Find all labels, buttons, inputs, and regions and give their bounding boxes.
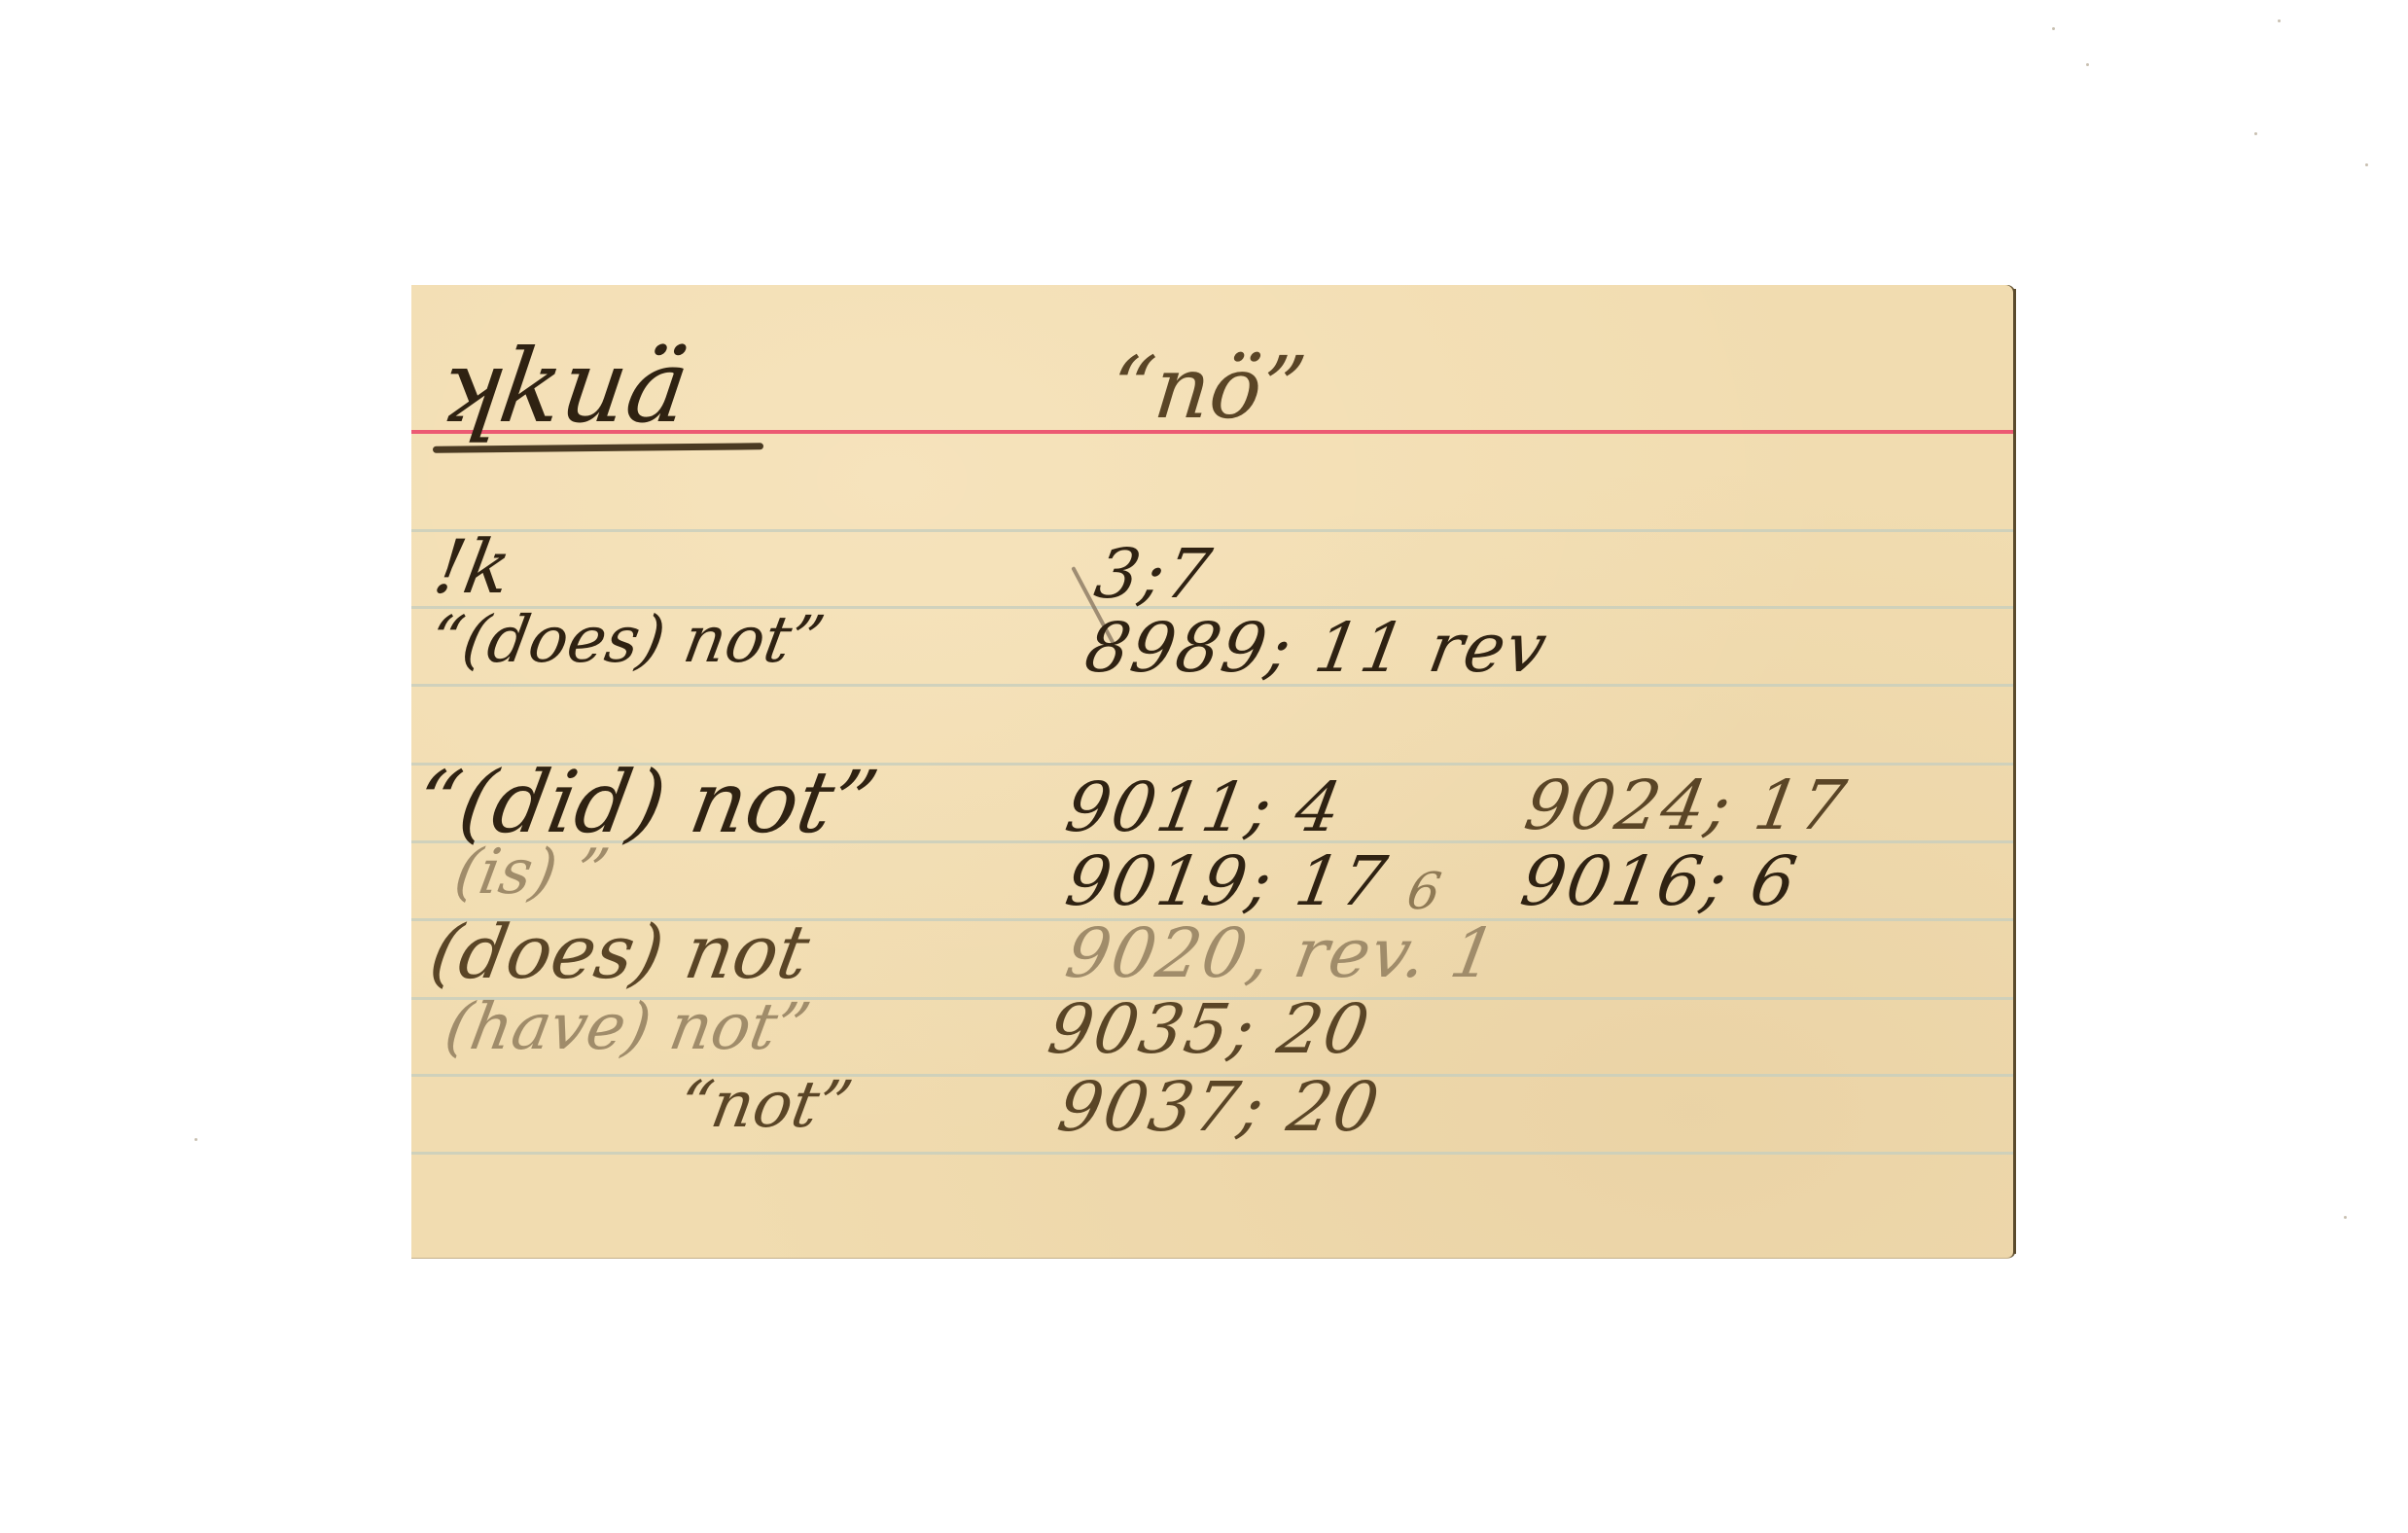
index-card: ʞkuä “nö” !k 3;7 “(does) not” 8989; 11 r… [411, 285, 2013, 1258]
dust-speck [195, 1138, 197, 1141]
margin-note: 6 [1403, 867, 1446, 917]
entry-form: “not” [674, 1073, 857, 1137]
entry-form: (is) ” [450, 841, 614, 904]
entry-reference: 9035; 20 [1044, 995, 1375, 1063]
dust-speck [2344, 1216, 2347, 1219]
entry-form: (does) not [425, 915, 814, 989]
ruled-line [411, 529, 2013, 532]
entry-form: “(did) not” [409, 760, 884, 845]
entry-form: (have) not” [441, 995, 815, 1059]
dust-speck [2278, 19, 2281, 22]
dust-speck [2365, 163, 2368, 166]
dust-speck [2052, 27, 2055, 30]
ruled-line [411, 1152, 2013, 1155]
gloss: “nö” [1107, 345, 1310, 431]
entry-reference: 8989; 11 rev [1080, 614, 1553, 682]
entry-reference: 9019; 17 [1061, 847, 1393, 915]
entry-form: “(does) not” [425, 608, 829, 672]
entry-reference: 9011; 4 [1061, 773, 1348, 841]
entry-reference: 9024; 17 [1520, 771, 1852, 839]
headword: ʞkuä [433, 336, 695, 437]
entry-reference: 3;7 [1090, 540, 1218, 608]
entry-reference: 9020, rev. 1 [1061, 919, 1503, 987]
entry-form: !k [429, 530, 516, 604]
entry-reference: 9016; 6 [1516, 847, 1803, 915]
dust-speck [2254, 132, 2257, 135]
entry-reference: 9037; 20 [1053, 1073, 1385, 1141]
card-edge [2013, 289, 2016, 1254]
dust-speck [2086, 63, 2089, 66]
